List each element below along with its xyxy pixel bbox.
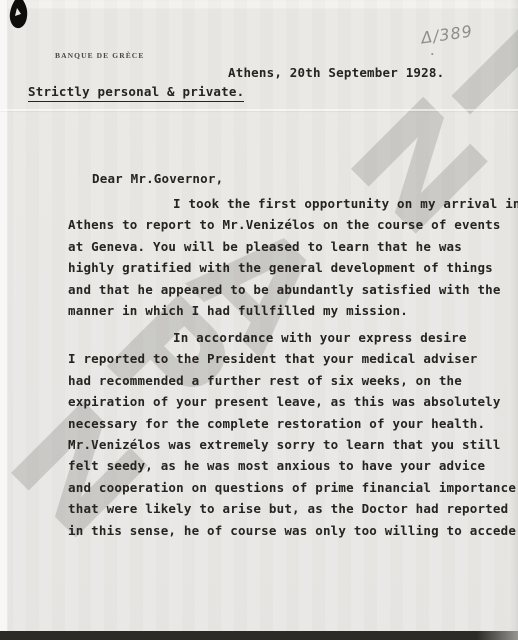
body-line: I took the first opportunity on my arriv… [68,193,518,214]
body-line: Mr.Venizélos was extremely sorry to lear… [68,434,516,455]
paragraph-1: I took the first opportunity on my arriv… [68,193,518,321]
dateline: Athens, 20th September 1928. [228,65,444,80]
body-line: in this sense, he of course was only too… [68,520,516,541]
body-line: expiration of your present leave, as thi… [68,391,516,412]
body-line: highly gratified with the general develo… [68,257,518,278]
scanned-letter-page: Ν Ρ Α Ν Ι BANQUE DE GRÈCE Δ/389 · Athens… [0,0,518,640]
body-line: In accordance with your express desire [68,327,516,348]
body-line: Athens to report to Mr.Venizélos on the … [68,214,518,235]
ink-blot [6,0,30,32]
body-line: that were likely to arise but, as the Do… [68,498,516,519]
body-line: manner in which I had fullfilled my miss… [68,300,518,321]
body-line: necessary for the complete restoration o… [68,413,516,434]
scan-edge-left [0,0,8,640]
paper-crease [0,109,518,111]
salutation: Dear Mr.Governor, [92,171,223,186]
body-line: I reported to the President that your me… [68,348,516,369]
body-line: felt seedy, as he was most anxious to ha… [68,455,516,476]
body-line: and cooperation on questions of prime fi… [68,477,516,498]
body-line: at Geneva. You will be pleased to learn … [68,236,518,257]
pencil-mark: · [429,48,436,61]
handwritten-reference-number: Δ/389 [420,21,474,47]
paragraph-2: In accordance with your express desire I… [68,327,516,541]
body-line: and that he appeared to be abundantly sa… [68,279,518,300]
letterhead-bank-name: BANQUE DE GRÈCE [55,51,144,60]
subject-text: Strictly personal & private. [28,84,244,102]
scan-edge-bottom [0,631,518,640]
subject-line: Strictly personal & private. [28,84,244,102]
body-line: had recommended a further rest of six we… [68,370,516,391]
